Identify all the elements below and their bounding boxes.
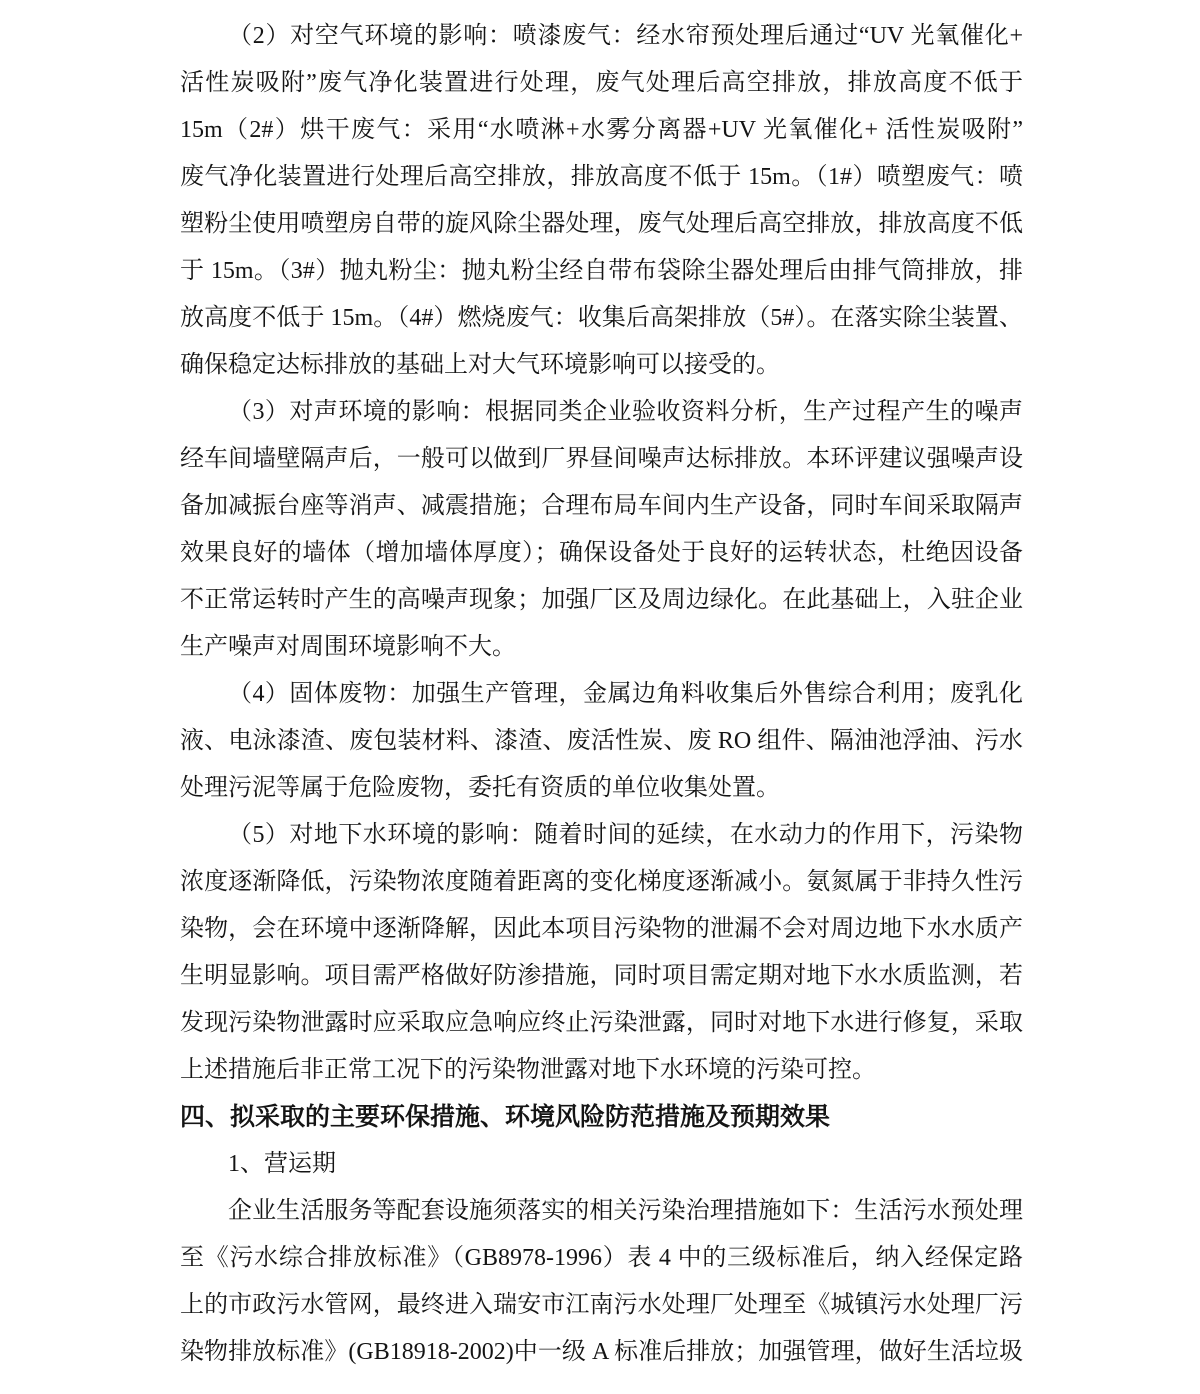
text-line: 放高度不低于 15m。（4#）燃烧废气：收集后高架排放（5#）。在落实除尘装置、 bbox=[180, 295, 1023, 342]
paragraph-acoustic-environment-impact: （3）对声环境的影响：根据同类企业验收资料分析，生产过程产生的噪声 经车间墙壁隔… bbox=[180, 389, 1023, 671]
text-line: 发现污染物泄露时应采取应急响应终止污染泄露，同时对地下水进行修复，采取 bbox=[180, 1000, 1023, 1047]
paragraph-solid-waste: （4）固体废物：加强生产管理，金属边角料收集后外售综合利用；废乳化 液、电泳漆渣… bbox=[180, 671, 1023, 812]
paragraph-operation-period: 1、营运期 bbox=[180, 1141, 1023, 1188]
text-line: 上的市政污水管网，最终进入瑞安市江南污水处理厂处理至《城镇污水处理厂污 bbox=[180, 1282, 1023, 1329]
text-line: （5）对地下水环境的影响：随着时间的延续，在水动力的作用下，污染物 bbox=[180, 812, 1023, 859]
document-page: （2）对空气环境的影响：喷漆废气：经水帘预处理后通过“UV 光氧催化+ 活性炭吸… bbox=[0, 0, 1200, 1394]
text-line: 不正常运转时产生的高噪声现象；加强厂区及周边绿化。在此基础上，入驻企业 bbox=[180, 577, 1023, 624]
paragraph-groundwater-impact: （5）对地下水环境的影响：随着时间的延续，在水动力的作用下，污染物 浓度逐渐降低… bbox=[180, 812, 1023, 1094]
text-block: （2）对空气环境的影响：喷漆废气：经水帘预处理后通过“UV 光氧催化+ 活性炭吸… bbox=[180, 13, 1023, 1376]
paragraph-air-environment-impact: （2）对空气环境的影响：喷漆废气：经水帘预处理后通过“UV 光氧催化+ 活性炭吸… bbox=[180, 13, 1023, 389]
text-line: 企业生活服务等配套设施须落实的相关污染治理措施如下：生活污水预处理 bbox=[180, 1188, 1023, 1235]
text-line: 处理污泥等属于危险废物，委托有资质的单位收集处置。 bbox=[180, 765, 1023, 812]
text-line: 液、电泳漆渣、废包装材料、漆渣、废活性炭、废 RO 组件、隔油池浮油、污水 bbox=[180, 718, 1023, 765]
text-line: 15m（2#）烘干废气：采用“水喷淋+水雾分离器+UV 光氧催化+ 活性炭吸附” bbox=[180, 107, 1023, 154]
text-line: 确保稳定达标排放的基础上对大气环境影响可以接受的。 bbox=[180, 342, 1023, 389]
text-line: 上述措施后非正常工况下的污染物泄露对地下水环境的污染可控。 bbox=[180, 1047, 1023, 1094]
text-line: 经车间墙壁隔声后，一般可以做到厂界昼间噪声达标排放。本环评建议强噪声设 bbox=[180, 436, 1023, 483]
text-line: 废气净化装置进行处理后高空排放，排放高度不低于 15m。（1#）喷塑废气：喷 bbox=[180, 154, 1023, 201]
text-line: 效果良好的墙体（增加墙体厚度）；确保设备处于良好的运转状态，杜绝因设备 bbox=[180, 530, 1023, 577]
text-line: （3）对声环境的影响：根据同类企业验收资料分析，生产过程产生的噪声 bbox=[180, 389, 1023, 436]
text-line: 生产噪声对周围环境影响不大。 bbox=[180, 624, 1023, 671]
paragraph-supporting-facilities-measures: 企业生活服务等配套设施须落实的相关污染治理措施如下：生活污水预处理 至《污水综合… bbox=[180, 1188, 1023, 1376]
text-line: 染物，会在环境中逐渐降解，因此本项目污染物的泄漏不会对周边地下水水质产 bbox=[180, 906, 1023, 953]
text-line: 活性炭吸附”废气净化装置进行处理，废气处理后高空排放，排放高度不低于 bbox=[180, 60, 1023, 107]
text-line: 备加减振台座等消声、减震措施；合理布局车间内生产设备，同时车间采取隔声 bbox=[180, 483, 1023, 530]
text-line: 染物排放标准》(GB18918-2002)中一级 A 标准后排放；加强管理，做好… bbox=[180, 1329, 1023, 1376]
text-line: （4）固体废物：加强生产管理，金属边角料收集后外售综合利用；废乳化 bbox=[180, 671, 1023, 718]
text-line: 至《污水综合排放标准》（GB8978-1996）表 4 中的三级标准后，纳入经保… bbox=[180, 1235, 1023, 1282]
text-line: 于 15m。（3#）抛丸粉尘：抛丸粉尘经自带布袋除尘器处理后由排气筒排放，排 bbox=[180, 248, 1023, 295]
text-line: （2）对空气环境的影响：喷漆废气：经水帘预处理后通过“UV 光氧催化+ bbox=[180, 13, 1023, 60]
text-line: 生明显影响。项目需严格做好防渗措施，同时项目需定期对地下水水质监测，若 bbox=[180, 953, 1023, 1000]
text-line: 塑粉尘使用喷塑房自带的旋风除尘器处理，废气处理后高空排放，排放高度不低 bbox=[180, 201, 1023, 248]
section-heading: 四、拟采取的主要环保措施、环境风险防范措施及预期效果 bbox=[180, 1094, 1023, 1141]
text-line: 1、营运期 bbox=[180, 1141, 1023, 1188]
text-line: 浓度逐渐降低，污染物浓度随着距离的变化梯度逐渐减小。氨氮属于非持久性污 bbox=[180, 859, 1023, 906]
